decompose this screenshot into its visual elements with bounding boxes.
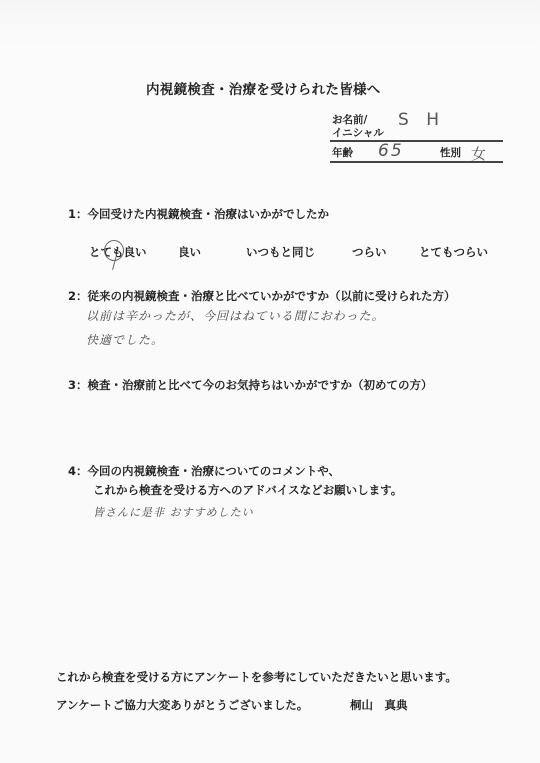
option-good[interactable]: 良い [178,244,201,260]
question-4-text-line-1: 今回の内視鏡検査・治療についてのコメントや、 [88,464,341,478]
question-2-answer-line-2: 快適でした。 [86,331,164,348]
name-underline [330,140,503,142]
option-same-as-usual[interactable]: いつもと同じ [246,244,315,260]
name-value: S H [398,110,445,130]
survey-page: 内視鏡検査・治療を受けられた皆様へ お名前/ イニシャル S H 年齢 65 性… [0,0,540,763]
footer-line-1: これから検査を受ける方にアンケートを参考にしていただきたいと思います。 [56,669,457,685]
question-1-number: 1： [68,207,88,221]
question-4-number: 4： [68,464,88,478]
question-1-text: 今回受けた内視鏡検査・治療はいかがでしたか [88,207,330,221]
question-4-line-1: 4：今回の内視鏡検査・治療についてのコメントや、 [68,463,340,479]
question-2-number: 2： [68,289,88,303]
footer-line-2: アンケートご協力大変ありがとうございました。 [56,697,308,713]
question-2: 2：従来の内視鏡検査・治療と比べていかがですか（以前に受けられた方） [68,288,456,304]
option-very-hard[interactable]: とてもつらい [419,244,488,260]
question-2-text: 従来の内視鏡検査・治療と比べていかがですか（以前に受けられた方） [88,289,456,303]
age-label: 年齢 [332,145,353,160]
gender-label: 性別 [440,145,461,160]
question-3-number: 3： [68,378,88,392]
option-hard[interactable]: つらい [352,244,387,260]
question-3-text: 検査・治療前と比べて今のお気持ちはいかがですか（初めての方） [88,378,433,392]
question-1: 1：今回受けた内視鏡検査・治療はいかがでしたか [68,206,329,222]
name-label-line2: イニシャル [332,125,384,140]
footer-signature: 桐山 真典 [350,697,408,713]
question-4-text-line-2: これから検査を受ける方へのアドバイスなどお願いします。 [93,482,402,498]
age-gender-underline [330,161,503,163]
question-4-answer: 皆さんに是非 おすすめしたい [93,504,254,520]
selection-circle-tail [104,254,116,270]
question-2-answer-line-1: 以前は辛かったが、今回はねている間におわった。 [86,307,385,324]
question-3: 3：検査・治療前と比べて今のお気持ちはいかがですか（初めての方） [68,377,433,393]
page-title: 内視鏡検査・治療を受けられた皆様へ [146,78,381,98]
age-value: 65 [378,141,404,161]
